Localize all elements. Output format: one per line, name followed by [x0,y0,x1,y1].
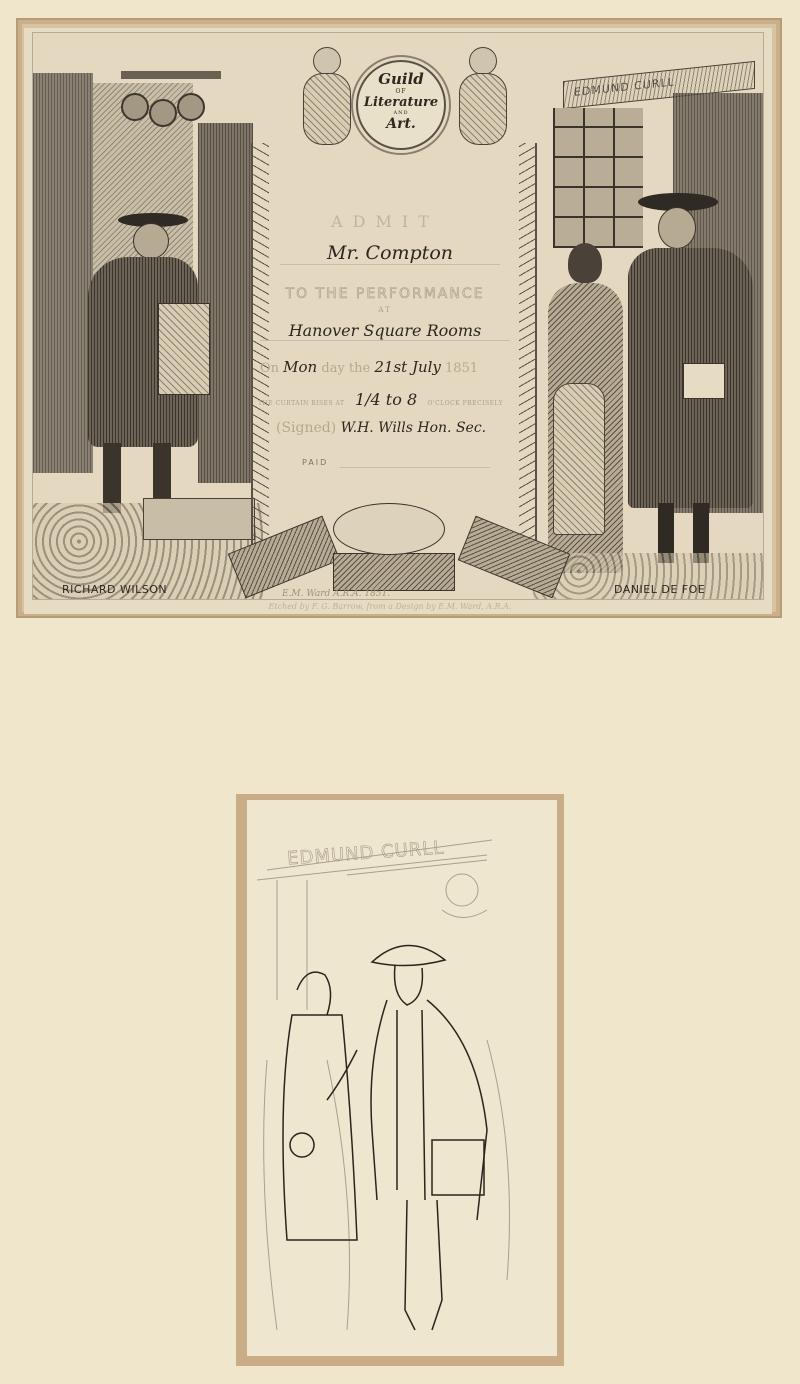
cherub-left [295,47,355,157]
hanging-pans-icon [121,93,201,123]
at-label: AT [250,306,520,314]
paid-line [340,467,490,468]
admission-ticket-print: EDMUND CURLL [24,28,772,614]
guild-emblem: Guild OF Literature AND Art. [356,60,446,150]
admit-heading: ADMIT [250,212,520,231]
preparatory-sketch: EDMUND CURLL [247,800,557,1356]
venue-name: Hanover Square Rooms [260,321,510,341]
etched-credit: Etched by F. G. Barrow, from a Design by… [240,602,540,611]
figure-richard-wilson [58,213,208,533]
caption-richard-wilson: RICHARD WILSON [62,583,167,596]
artist-signature: E.M. Ward A.R.A. 1851. [282,589,390,599]
ticket-text-panel: ADMIT Mr. Compton TO THE PERFORMANCE AT … [250,178,520,478]
cherub-right [451,47,511,157]
books-and-palette [233,503,573,599]
curtain-time-line: The curtain rises at 1/4 to 8 o'clock pr… [258,390,518,409]
performance-heading: TO THE PERFORMANCE [250,286,520,302]
museum-mount: EDMUND CURLL [0,0,800,1384]
paid-label: PAID [302,458,328,467]
caption-daniel-defoe: DANIEL DE FOE [614,583,705,596]
admittee-name: Mr. Compton [280,242,500,265]
figure-daniel-defoe [623,193,753,563]
palette-icon [333,503,445,555]
left-scene-richard-wilson [33,33,263,603]
vine-right [519,143,537,563]
sketch-drawing [247,800,557,1356]
signed-line: (Signed) W.H. Wills Hon. Sec. [276,420,516,436]
date-line: On Mon day the 21st July 1851 [260,358,520,376]
